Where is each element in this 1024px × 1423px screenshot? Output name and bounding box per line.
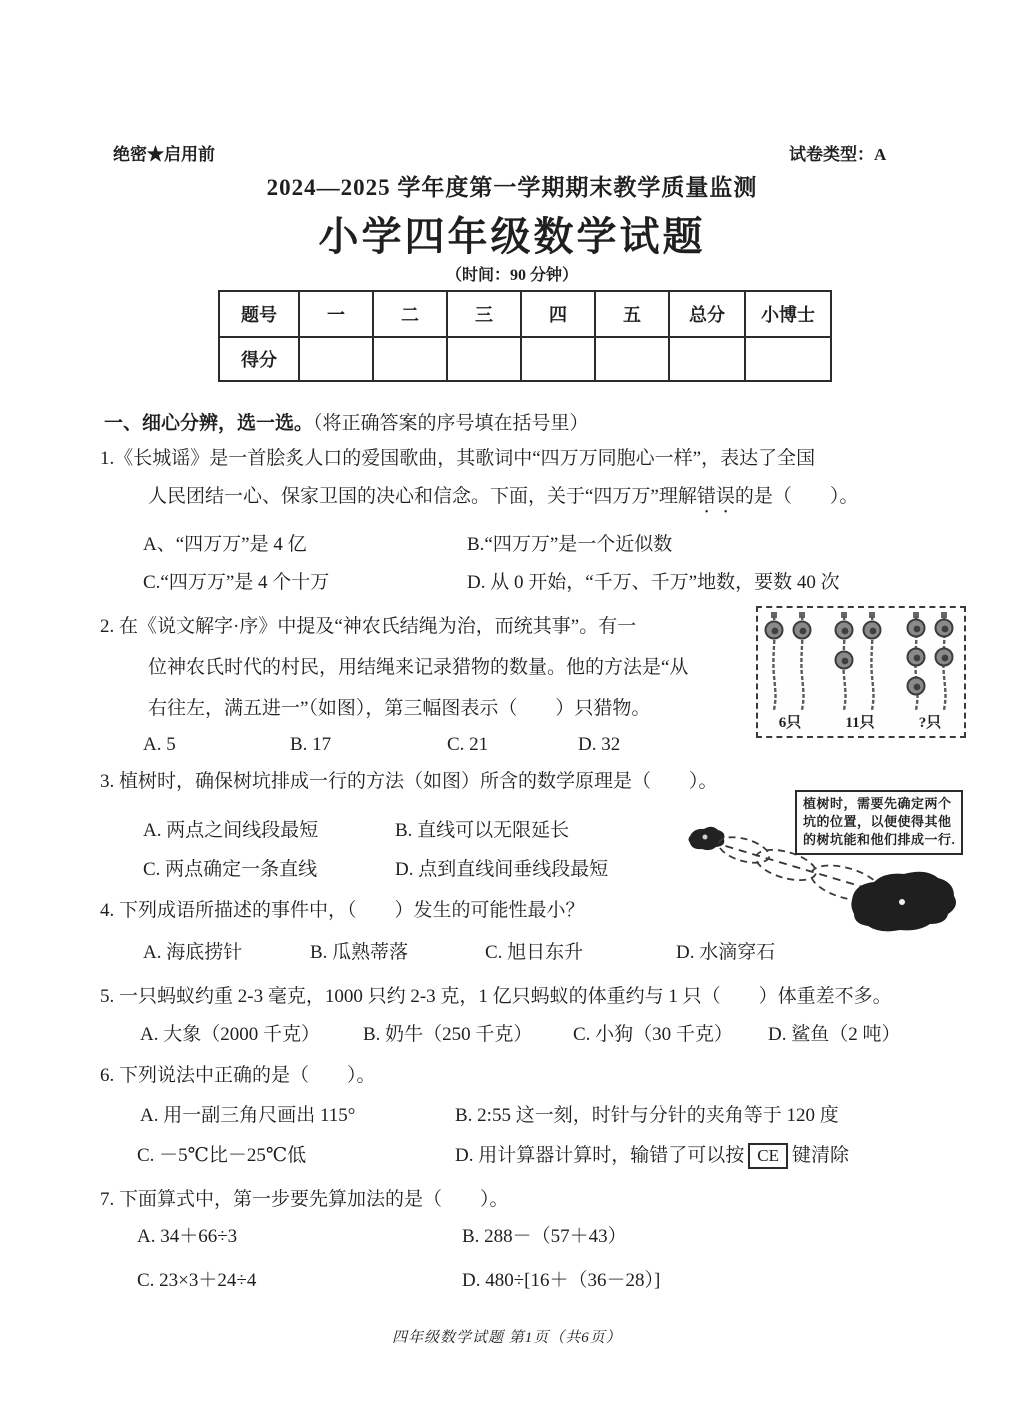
score-cell-empty xyxy=(669,337,745,381)
question-5-option-b: B. 奶牛（250 千克） xyxy=(363,1022,532,1048)
question-2-line-2: 位神农氏时代的村民，用结绳来记录猎物的数量。他的方法是“从 xyxy=(148,655,688,681)
score-table-header-cell: 四 xyxy=(521,291,595,337)
duration-note: （时间：90 分钟） xyxy=(0,262,1024,285)
question-1-line-2-emphasis: 错误 xyxy=(697,486,735,507)
question-1-line-2-pre: 人民团结一心、保家卫国的决心和信念。下面，关于“四万万”理解 xyxy=(148,486,697,507)
table-row: 得分 xyxy=(219,337,831,381)
question-6-option-d-pre: D. 用计算器计算时，输错了可以按 xyxy=(455,1145,744,1166)
question-2-line-1: 2. 在《说文解字·序》中提及“神农氏结绳为治，而统其事”。有一 xyxy=(100,614,636,640)
question-6-line-1: 6. 下列说法中正确的是（ ）。 xyxy=(100,1063,376,1089)
question-2-option-d: D. 32 xyxy=(578,732,620,758)
question-7-option-b: B. 288－（57＋43） xyxy=(462,1224,627,1250)
question-1-line-2: 人民团结一心、保家卫国的决心和信念。下面，关于“四万万”理解错误的是（ ）。 xyxy=(148,484,858,518)
question-5-option-c: C. 小狗（30 千克） xyxy=(573,1022,733,1048)
question-2-line-3: 右往左，满五进一”（如图），第三幅图表示（ ）只猎物。 xyxy=(148,696,650,722)
question-6-option-d-post: 键清除 xyxy=(792,1145,849,1166)
question-3-option-b: B. 直线可以无限延长 xyxy=(395,818,569,844)
section-one-note: （将正确答案的序号填在括号里） xyxy=(313,413,589,434)
exam-session-title: 2024—2025 学年度第一学期期末教学质量监测 xyxy=(0,169,1024,202)
tree-pits-figure: 植树时，需要先确定两个 坑的位置，以便使得其他 的树坑能和他们排成一行. xyxy=(672,780,966,945)
knot-figure-label-2: 11只 xyxy=(834,711,886,732)
table-row: 题号 一 二 三 四 五 总分 小博士 xyxy=(219,291,831,337)
question-1-option-d: D. 从 0 开始，“千万、千万”地数，要数 40 次 xyxy=(467,570,840,596)
page-footer: 四年级数学试题 第1页（共6页） xyxy=(392,1326,622,1347)
question-7-option-a: A. 34＋66÷3 xyxy=(137,1224,237,1250)
question-7-option-d: D. 480÷[16＋（36－28）] xyxy=(462,1268,660,1294)
tree-pits-caption: 植树时，需要先确定两个 坑的位置，以便使得其他 的树坑能和他们排成一行. xyxy=(795,790,963,855)
question-6-option-d: D. 用计算器计算时，输错了可以按CE键清除 xyxy=(455,1143,849,1169)
question-3-line-1: 3. 植树时，确保树坑排成一行的方法（如图）所含的数学原理是（ ）。 xyxy=(100,769,718,795)
question-3-option-c: C. 两点确定一条直线 xyxy=(143,857,317,883)
question-5-line-1: 5. 一只蚂蚁约重 2-3 毫克，1000 只约 2-3 克，1 亿只蚂蚁的体重… xyxy=(100,984,892,1010)
question-5-option-a: A. 大象（2000 千克） xyxy=(140,1022,320,1048)
score-table-header-cell: 小博士 xyxy=(745,291,831,337)
question-1-option-b: B.“四万万”是一个近似数 xyxy=(467,532,672,558)
question-3-option-a: A. 两点之间线段最短 xyxy=(143,818,318,844)
score-cell-empty xyxy=(595,337,669,381)
page-title: 小学四年级数学试题 xyxy=(0,205,1024,262)
section-one-title: 一、细心分辨，选一选。 xyxy=(104,413,313,434)
score-cell-empty xyxy=(299,337,373,381)
question-5-option-d: D. 鲨鱼（2 吨） xyxy=(768,1022,900,1048)
question-3-option-d: D. 点到直线间垂线段最短 xyxy=(395,857,608,883)
score-cell-empty xyxy=(521,337,595,381)
score-table-header-cell: 总分 xyxy=(669,291,745,337)
knot-figure-label-1: 6只 xyxy=(766,711,814,732)
score-row-label: 得分 xyxy=(219,337,299,381)
tree-pits-caption-line-3: 的树坑能和他们排成一行. xyxy=(803,831,955,849)
question-2-option-a: A. 5 xyxy=(143,732,176,758)
knotted-ropes-drawing xyxy=(758,610,964,714)
score-table-header-cell: 题号 xyxy=(219,291,299,337)
score-cell-empty xyxy=(745,337,831,381)
question-7-line-1: 7. 下面算式中，第一步要先算加法的是（ ）。 xyxy=(100,1187,509,1213)
security-label: 绝密★启用前 xyxy=(113,140,215,165)
knotted-ropes-figure: 6只 11只 ?只 xyxy=(756,606,966,738)
question-1-line-1: 1.《长城谣》是一首脍炙人口的爱国歌曲，其歌词中“四万万同胞心一样”，表达了全国 xyxy=(100,446,815,472)
question-1-option-c: C.“四万万”是 4 个十万 xyxy=(143,570,329,596)
score-cell-empty xyxy=(447,337,521,381)
paper-type-label: 试卷类型：A xyxy=(789,140,886,165)
question-4-option-d: D. 水滴穿石 xyxy=(676,940,775,966)
question-4-option-a: A. 海底捞针 xyxy=(143,940,242,966)
question-2-option-c: C. 21 xyxy=(447,732,488,758)
question-6-option-b: B. 2:55 这一刻，时针与分针的夹角等于 120 度 xyxy=(455,1103,839,1129)
knot-figure-label-3: ?只 xyxy=(906,711,954,732)
score-table-header-cell: 二 xyxy=(373,291,447,337)
question-7-option-c: C. 23×3＋24÷4 xyxy=(137,1268,256,1294)
question-4-option-c: C. 旭日东升 xyxy=(485,940,583,966)
score-table-header-cell: 一 xyxy=(299,291,373,337)
question-4-line-1: 4. 下列成语所描述的事件中，（ ）发生的可能性最小？ xyxy=(100,898,585,924)
exam-paper-page: 绝密★启用前 试卷类型：A 2024—2025 学年度第一学期期末教学质量监测 … xyxy=(0,0,1024,1423)
question-6-option-a: A. 用一副三角尺画出 115° xyxy=(140,1103,355,1129)
section-one-heading: 一、细心分辨，选一选。（将正确答案的序号填在括号里） xyxy=(104,408,589,435)
score-table: 题号 一 二 三 四 五 总分 小博士 得分 xyxy=(218,290,832,382)
question-6-option-c: C. －5℃比－25℃低 xyxy=(137,1143,306,1169)
question-2-option-b: B. 17 xyxy=(290,732,331,758)
score-table-header-cell: 五 xyxy=(595,291,669,337)
tree-pits-caption-line-2: 坑的位置，以便使得其他 xyxy=(803,813,955,831)
ce-key-box: CE xyxy=(748,1143,788,1169)
question-1-line-2-post: 的是（ ）。 xyxy=(735,486,859,507)
question-1-option-a: A、“四万万”是 4 亿 xyxy=(143,532,307,558)
tree-pits-caption-line-1: 植树时，需要先确定两个 xyxy=(803,795,955,813)
question-4-option-b: B. 瓜熟蒂落 xyxy=(310,940,408,966)
score-table-header-cell: 三 xyxy=(447,291,521,337)
score-cell-empty xyxy=(373,337,447,381)
